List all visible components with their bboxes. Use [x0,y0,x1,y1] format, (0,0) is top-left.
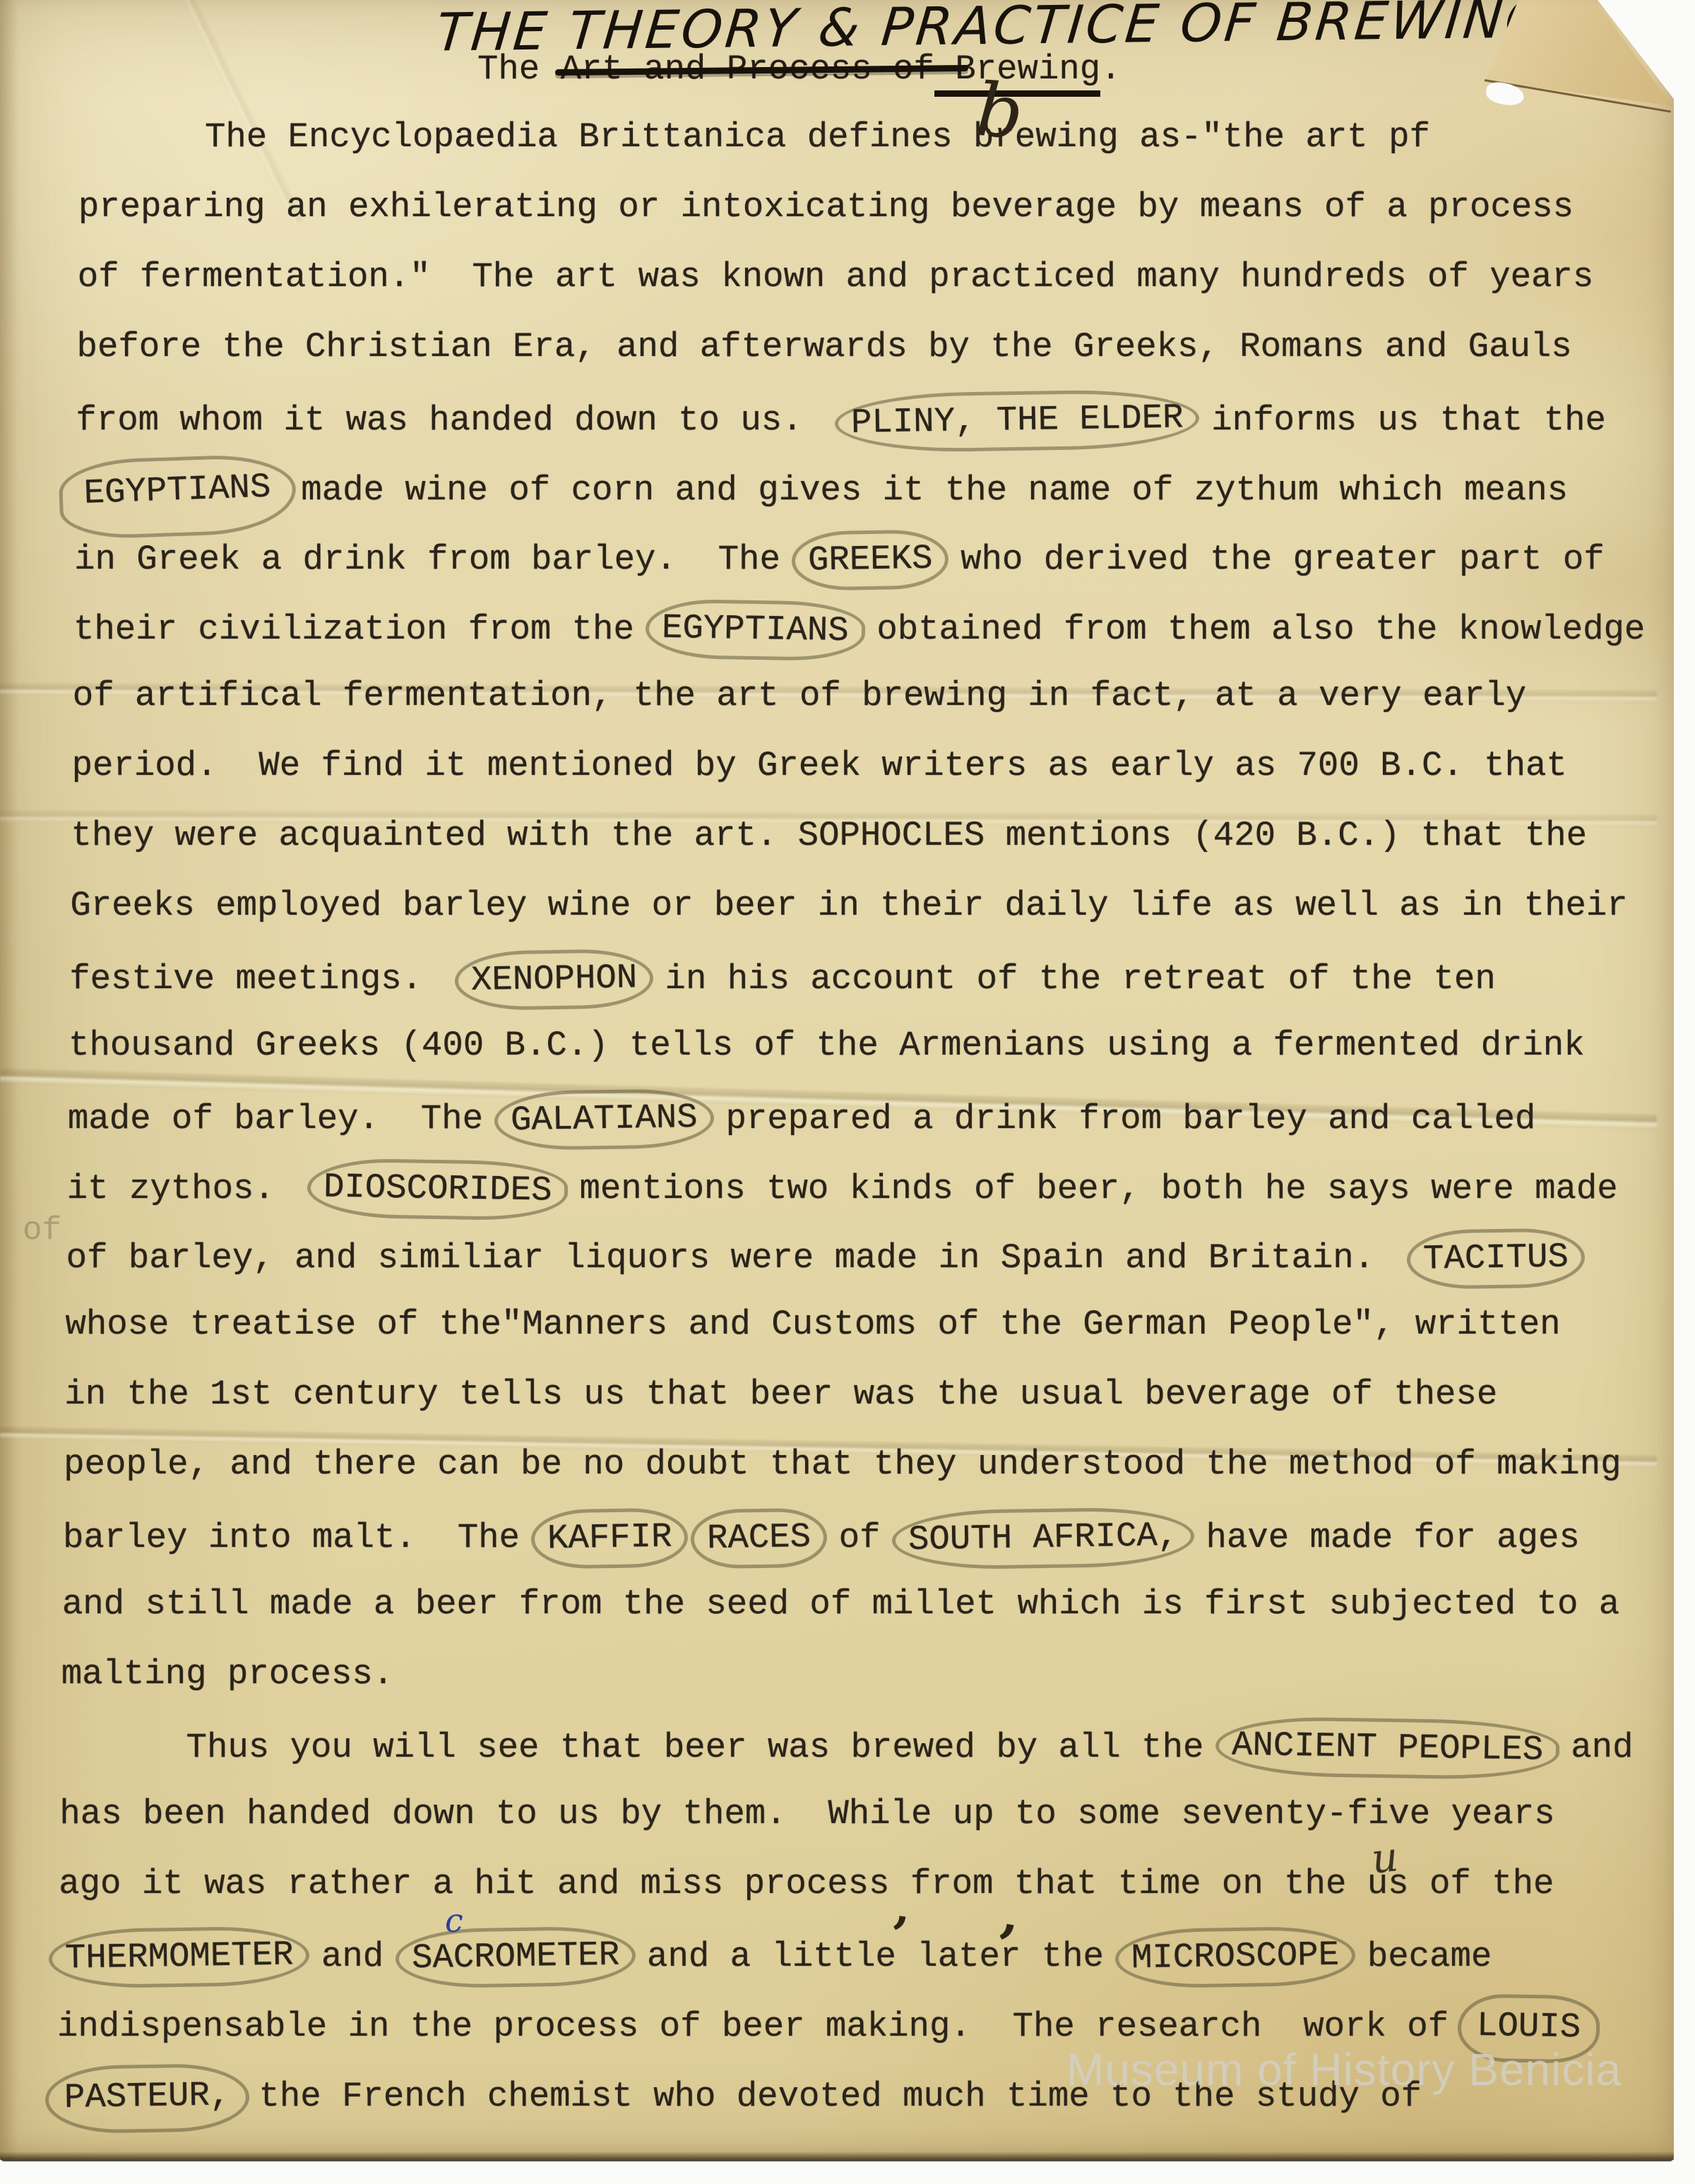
typed-line: preparing an exhilerating or intoxicatin… [78,189,1574,225]
text-segment: and [1550,1728,1634,1767]
text-segment: in his account of the retreat of the ten [644,959,1496,999]
typed-line: Thus you will see that beer was brewed b… [61,1726,1634,1769]
typed-line: made of barley. The GALATIANS prepared a… [68,1097,1535,1141]
typed-line: of artifical fermentation, the art of br… [73,677,1526,714]
text-segment: and a little later the [626,1937,1125,1976]
paper-sheet: THE THEORY & PRACTICE OF BREWING The Art… [0,0,1674,2160]
typed-line: has been handed down to us by them. Whil… [59,1796,1554,1832]
typed-line: The Encyclopaedia Brittanica defines bre… [79,119,1430,155]
text-segment: who derived the greater part of [940,540,1605,579]
text-segment: preparing an exhilerating or intoxicatin… [78,187,1574,227]
circled-term: PLINY, THE ELDER [835,388,1201,453]
text-segment: in Greek a drink from barley. The [74,540,801,579]
circled-term: PASTEUR, [44,2063,250,2135]
typed-line: THERMOMETER and SACROMETER and a little … [58,1935,1492,1978]
text-segment: it zythos. [67,1169,316,1209]
typed-body: The Encyclopaedia Brittanica defines bre… [0,0,1674,2160]
text-segment: and still made a beer from the seed of m… [62,1584,1619,1624]
typed-line: indispensable in the process of beer mak… [57,2005,1589,2048]
circled-term: EGYPTIANS [58,453,297,540]
circled-term: SACROMETER [395,1926,636,1989]
typed-line: malting process. [61,1656,393,1692]
text-segment: ago it was rather a hit and miss process… [59,1864,1554,1904]
text-segment: in the 1st century tells us that beer wa… [64,1375,1497,1414]
text-segment: period. We find it mentioned by Greek wr… [72,746,1567,785]
text-segment: people, and there can be no doubt that t… [64,1444,1621,1484]
text-segment: made of barley. The [68,1099,504,1139]
text-segment: barley into malt. The [63,1518,540,1557]
typed-line: before the Christian Era, and afterwards… [77,328,1572,365]
text-segment: informs us that the [1191,400,1606,440]
text-segment: made wine of corn and gives it the name … [280,470,1568,510]
text-segment: mentions two kinds of beer, both he says… [559,1169,1618,1209]
text-segment: and [301,1937,405,1976]
scanned-document-page: THE THEORY & PRACTICE OF BREWING The Art… [0,0,1695,2184]
museum-watermark: Museum of History Benicia [1066,2043,1622,2096]
circled-term: DIOSCORIDES [307,1158,569,1221]
text-segment: thousand Greeks (400 B.C.) tells of the … [69,1026,1585,1065]
typed-line: in Greek a drink from barley. The GREEKS… [74,538,1605,581]
text-segment: from whom it was handed down to us. [76,400,844,440]
circled-term: EGYPTIANS [646,599,866,662]
typed-line: period. We find it mentioned by Greek wr… [72,747,1567,784]
text-segment: of fermentation." The art was known and … [78,257,1594,297]
typed-line: Greeks employed barley wine or beer in t… [70,887,1627,924]
circled-term: KAFFIR [531,1507,689,1569]
typed-line: people, and there can be no doubt that t… [64,1446,1621,1483]
typed-line: it zythos. DIOSCORIDES mentions two kind… [67,1167,1618,1211]
text-segment: have made for ages [1185,1518,1580,1557]
text-segment: festive meetings. [69,959,464,999]
circled-term: GREEKS [792,530,950,591]
typed-line: their civilization from the EGYPTIANS ob… [73,607,1645,651]
circled-term: XENOPHON [454,949,654,1011]
text-segment: of barley, and similiar liquors were mad… [66,1238,1416,1278]
typed-line: and still made a beer from the seed of m… [62,1586,1619,1622]
circled-term: TACITUS [1406,1228,1585,1290]
typed-line: of barley, and similiar liquors were mad… [66,1236,1576,1280]
text-segment: indispensable in the process of beer mak… [57,2007,1470,2046]
typed-line: barley into malt. The KAFFIR RACES of SO… [63,1516,1580,1560]
text-segment: whose treatise of the"Manners and Custom… [65,1305,1560,1344]
circled-term: THERMOMETER [48,1925,310,1989]
circled-term: RACES [691,1507,828,1569]
typed-line: thousand Greeks (400 B.C.) tells of the … [69,1027,1585,1064]
paper-bottom-edge [0,2152,1674,2161]
text-segment: became [1346,1937,1492,1976]
circled-term: GALATIANS [494,1088,715,1151]
typed-line: ago it was rather a hit and miss process… [59,1865,1554,1902]
text-segment: of artifical fermentation, the art of br… [73,676,1526,716]
text-segment: prepared a drink from barley and called [705,1099,1535,1139]
text-segment: Greeks employed barley wine or beer in t… [70,886,1627,925]
circled-term: ANCIENT PEOPLES [1215,1716,1559,1781]
text-segment: malting process. [61,1654,393,1694]
text-segment: they were acquainted with the art. SOPHO… [71,816,1588,855]
text-segment: Thus you will see that beer was brewed b… [186,1728,1225,1767]
typed-line: festive meetings. XENOPHON in his accoun… [69,957,1496,1001]
text-segment: before the Christian Era, and afterwards… [77,327,1572,367]
text-segment: their civilization from the [73,610,655,649]
circled-term: SOUTH AFRICA, [891,1507,1195,1571]
text-segment: The Encyclopaedia Brittanica defines bre… [205,117,1430,157]
circled-term: MICROSCOPE [1115,1926,1356,1989]
typed-line: EGYPTIANS made wine of corn and gives it… [75,468,1568,512]
typed-line: they were acquainted with the art. SOPHO… [71,817,1588,854]
text-segment: obtained from them also the knowledge [856,610,1645,649]
typed-line: of fermentation." The art was known and … [78,259,1594,295]
text-segment: has been handed down to us by them. Whil… [59,1794,1554,1834]
typed-line: whose treatise of the"Manners and Custom… [65,1306,1560,1343]
typed-line: in the 1st century tells us that beer wa… [64,1376,1497,1413]
typed-line: from whom it was handed down to us. PLIN… [76,398,1606,442]
text-segment: of [818,1518,901,1557]
